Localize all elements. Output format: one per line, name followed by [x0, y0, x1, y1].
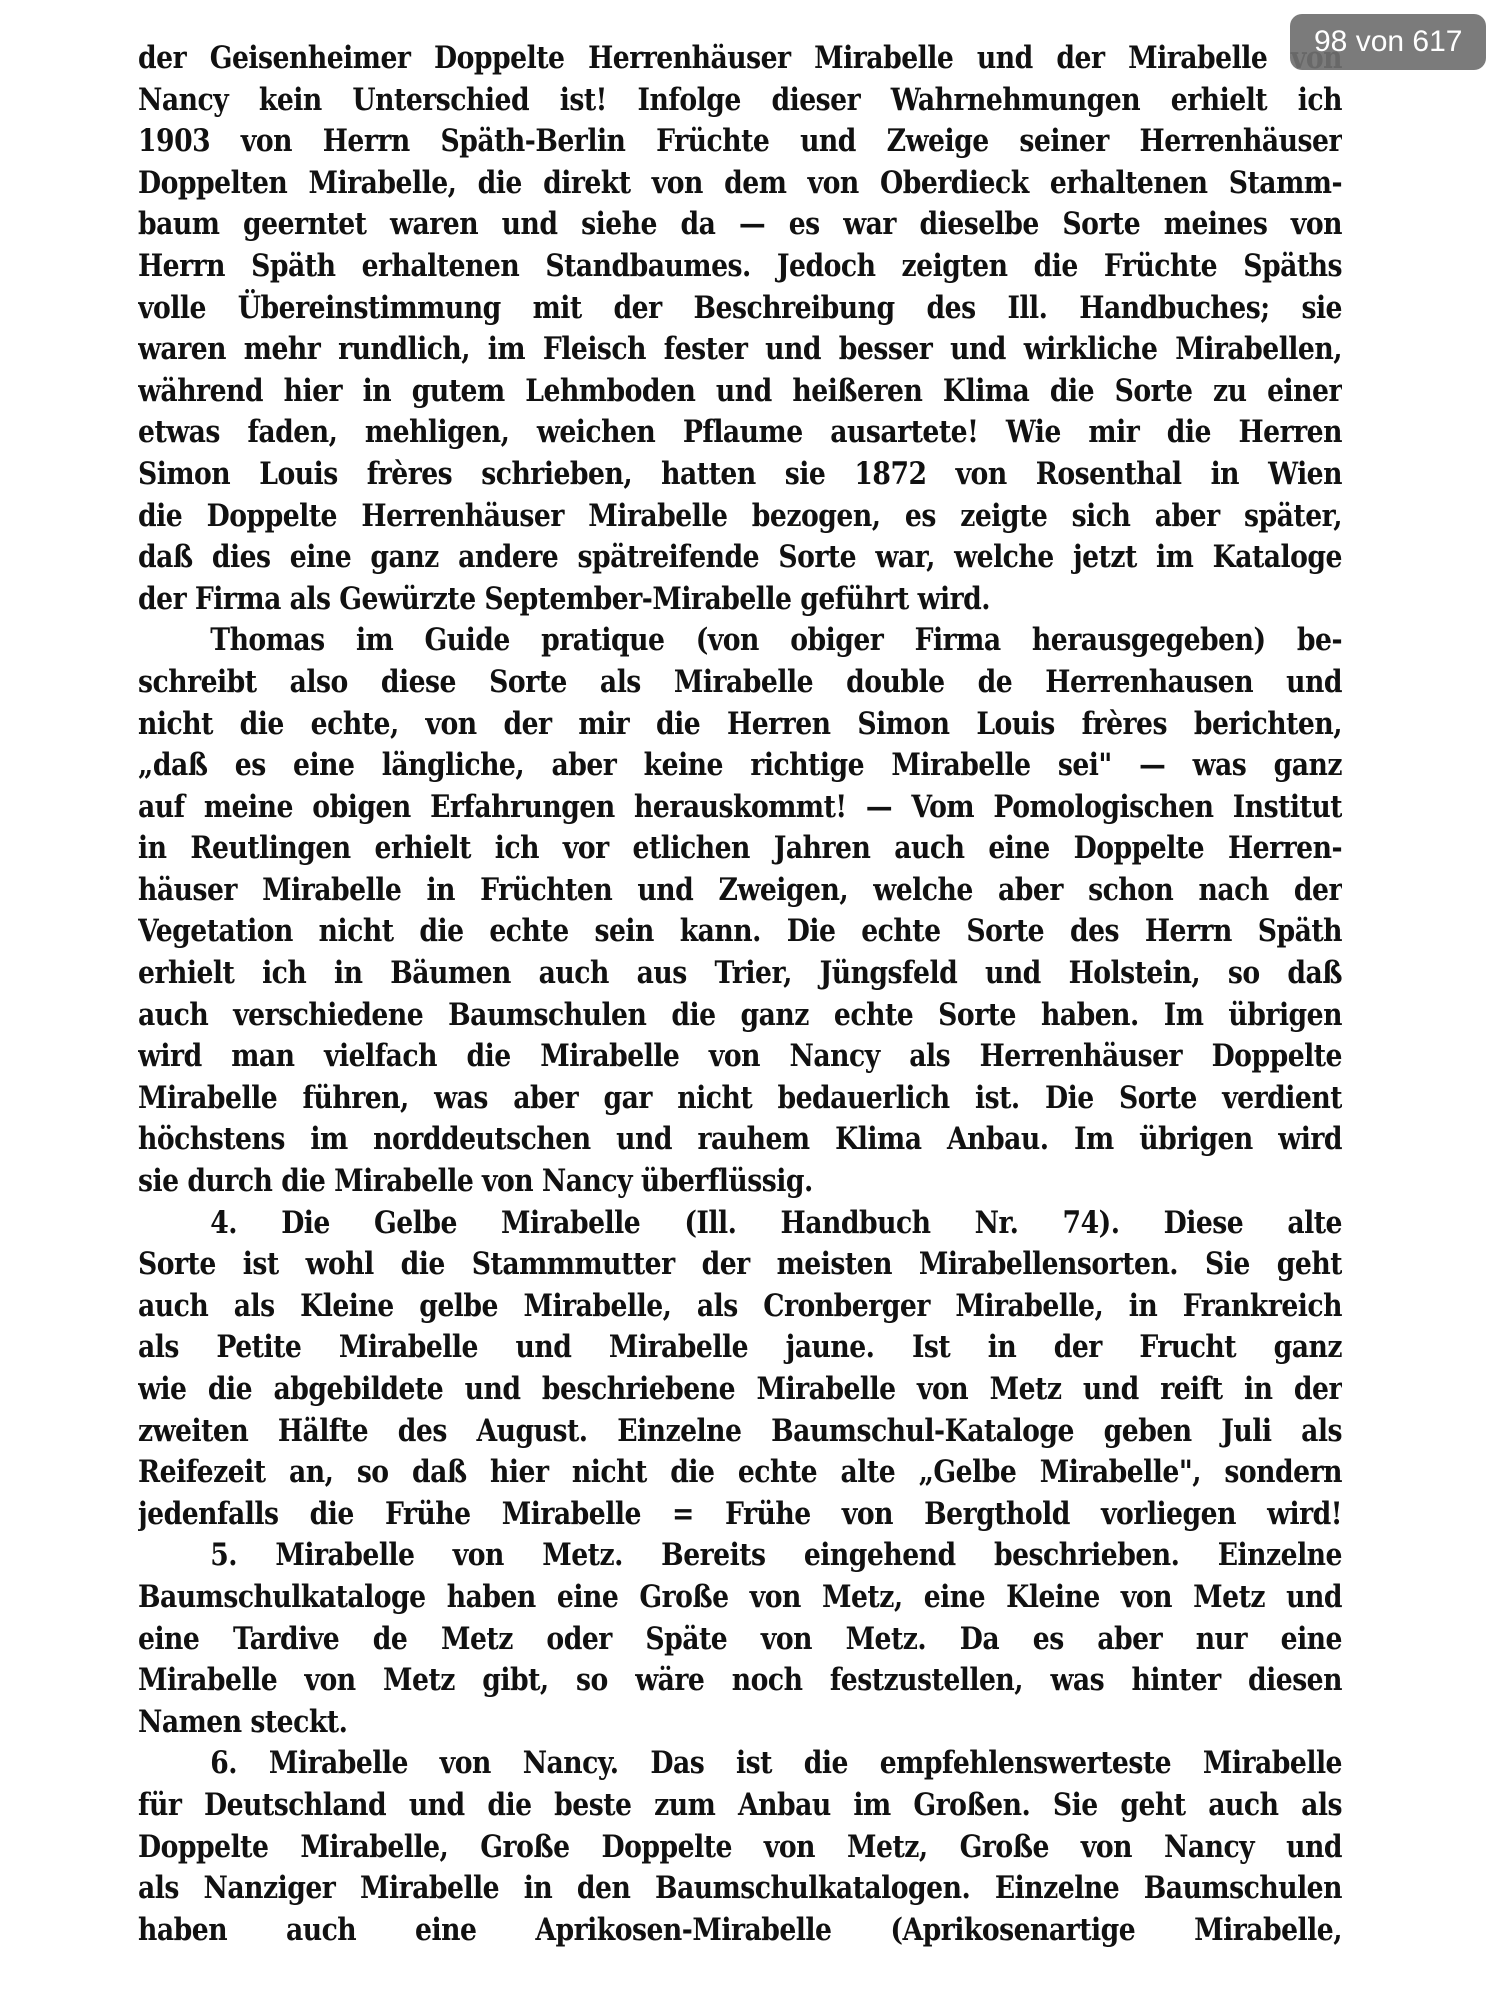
text-line: höchstens im norddeutschen und rauhem Kl… [138, 1119, 1342, 1161]
text-line: haben auch eine Aprikosen-Mirabelle (Apr… [138, 1910, 1342, 1952]
text-line: eine Tardive de Metz oder Späte von Metz… [138, 1619, 1342, 1661]
text-line: wird man vielfach die Mirabelle von Nanc… [138, 1036, 1342, 1078]
text-line: der Firma als Gewürzte September-Mirabel… [138, 579, 1342, 621]
text-line: Reifezeit an, so daß hier nicht die echt… [138, 1452, 1342, 1494]
text-line: Baumschulkataloge haben eine Große von M… [138, 1577, 1342, 1619]
text-line: Sorte ist wohl die Stammmutter der meist… [138, 1244, 1342, 1286]
text-line: Doppelten Mirabelle, die direkt von dem … [138, 163, 1342, 205]
text-line: als Petite Mirabelle und Mirabelle jaune… [138, 1327, 1342, 1369]
text-line: 6. Mirabelle von Nancy. Das ist die empf… [138, 1743, 1342, 1785]
text-line: als Nanziger Mirabelle in den Baumschulk… [138, 1868, 1342, 1910]
text-line: daß dies eine ganz andere spätreifende S… [138, 537, 1342, 579]
text-line: auch verschiedene Baumschulen die ganz e… [138, 995, 1342, 1037]
text-line: schreibt also diese Sorte als Mirabelle … [138, 662, 1342, 704]
text-line: Thomas im Guide pratique (von obiger Fir… [138, 620, 1342, 662]
text-line: für Deutschland und die beste zum Anbau … [138, 1785, 1342, 1827]
text-line: in Reutlingen erhielt ich vor etlichen J… [138, 828, 1342, 870]
page-indicator-badge: 98 von 617 [1290, 14, 1486, 70]
text-line: volle Übereinstimmung mit der Beschreibu… [138, 288, 1342, 330]
text-line: Mirabelle führen, was aber gar nicht bed… [138, 1078, 1342, 1120]
text-line: baum geerntet waren und siehe da — es wa… [138, 204, 1342, 246]
text-line: auf meine obigen Erfahrungen herauskommt… [138, 787, 1342, 829]
text-line: etwas faden, mehligen, weichen Pflaume a… [138, 412, 1342, 454]
text-line: zweiten Hälfte des August. Einzelne Baum… [138, 1411, 1342, 1453]
text-line: wie die abgebildete und beschriebene Mir… [138, 1369, 1342, 1411]
text-line: der Geisenheimer Doppelte Herrenhäuser M… [138, 38, 1342, 80]
text-line: „daß es eine längliche, aber keine richt… [138, 745, 1342, 787]
text-line: die Doppelte Herrenhäuser Mirabelle bezo… [138, 496, 1342, 538]
text-line: sie durch die Mirabelle von Nancy überfl… [138, 1161, 1342, 1203]
text-line: waren mehr rundlich, im Fleisch fester u… [138, 329, 1342, 371]
text-line: 4. Die Gelbe Mirabelle (Ill. Handbuch Nr… [138, 1203, 1342, 1245]
page-text-body: der Geisenheimer Doppelte Herrenhäuser M… [138, 38, 1342, 1951]
text-line: Vegetation nicht die echte sein kann. Di… [138, 911, 1342, 953]
text-line: während hier in gutem Lehmboden und heiß… [138, 371, 1342, 413]
text-line: Mirabelle von Metz gibt, so wäre noch fe… [138, 1660, 1342, 1702]
text-line: häuser Mirabelle in Früchten und Zweigen… [138, 870, 1342, 912]
text-line: 1903 von Herrn Späth-Berlin Früchte und … [138, 121, 1342, 163]
text-line: Herrn Späth erhaltenen Standbaumes. Jedo… [138, 246, 1342, 288]
text-line: nicht die echte, von der mir die Herren … [138, 704, 1342, 746]
text-line: auch als Kleine gelbe Mirabelle, als Cro… [138, 1286, 1342, 1328]
text-line: erhielt ich in Bäumen auch aus Trier, Jü… [138, 953, 1342, 995]
text-line: Nancy kein Unterschied ist! Infolge dies… [138, 80, 1342, 122]
text-line: Doppelte Mirabelle, Große Doppelte von M… [138, 1827, 1342, 1869]
text-line: jedenfalls die Frühe Mirabelle = Frühe v… [138, 1494, 1342, 1536]
book-page: der Geisenheimer Doppelte Herrenhäuser M… [138, 38, 1173, 1951]
text-line: Namen steckt. [138, 1702, 1342, 1744]
text-line: Simon Louis frères schrieben, hatten sie… [138, 454, 1342, 496]
text-line: 5. Mirabelle von Metz. Bereits eingehend… [138, 1535, 1342, 1577]
